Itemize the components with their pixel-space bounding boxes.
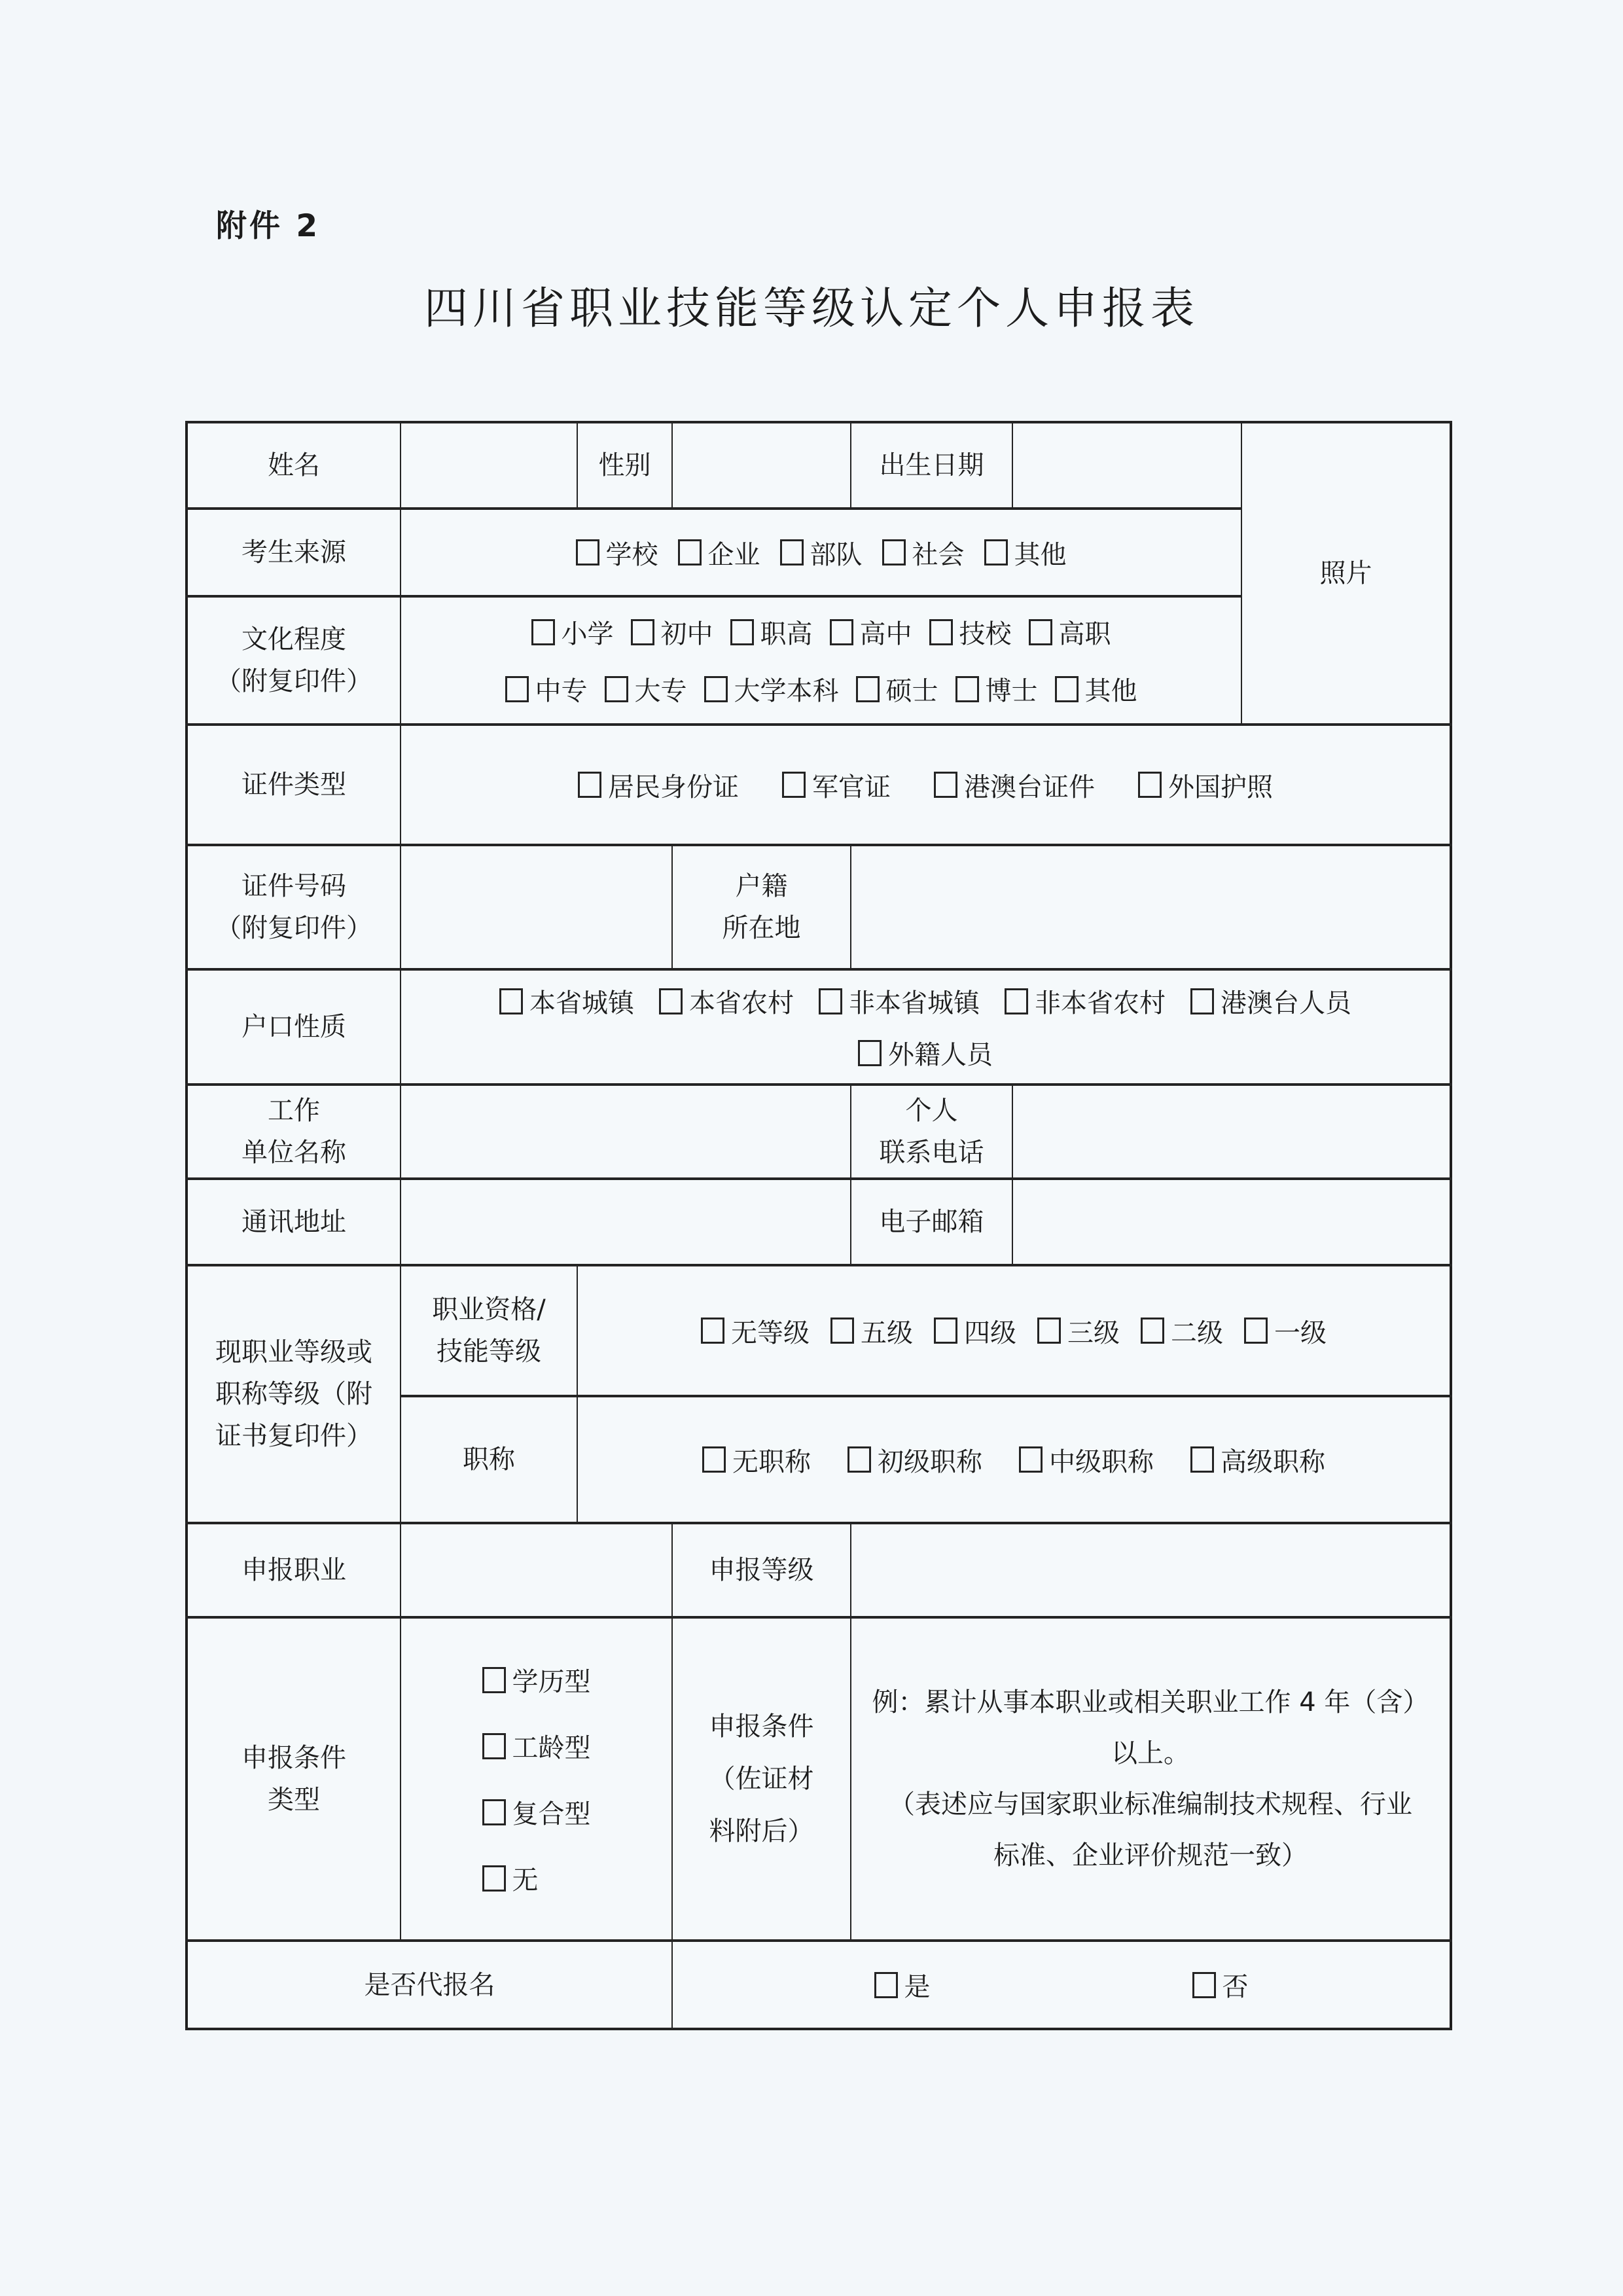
option-label: 非本省农村 (1035, 982, 1166, 1020)
option-label: 初中 (661, 613, 713, 651)
table-row: 证件号码 （附复印件） 户籍 所在地 (187, 845, 1451, 969)
checkbox-option[interactable]: 本省农村 (659, 982, 794, 1020)
checkbox-option[interactable]: 技校 (929, 613, 1012, 651)
proxy-options: 是否 (679, 1966, 1443, 2003)
vocational-level-sublabel: 职业资格/ 技能等级 (401, 1265, 577, 1396)
mailing-address-label: 通讯地址 (187, 1179, 401, 1265)
table-row: 是否代报名 是否 (187, 1941, 1451, 2029)
education-options-line2: 中专大专大学本科硕士博士其他 (505, 670, 1137, 708)
checkbox-icon[interactable] (482, 1667, 506, 1693)
checkbox-option[interactable]: 港澳台证件 (934, 766, 1095, 804)
checkbox-icon[interactable] (856, 676, 880, 702)
photo-cell[interactable]: 照片 (1241, 422, 1451, 725)
checkbox-icon[interactable] (1190, 1446, 1214, 1473)
household-type-options-line1: 本省城镇本省农村非本省城镇非本省农村港澳台人员 (499, 982, 1351, 1020)
checkbox-icon[interactable] (482, 1799, 506, 1825)
option-label: 无等级 (731, 1312, 810, 1350)
table-row: 户口性质 本省城镇本省农村非本省城镇非本省农村港澳台人员 外籍人员 (187, 969, 1451, 1085)
option-label: 大专 (635, 670, 687, 708)
checkbox-option[interactable]: 小学 (531, 613, 614, 651)
table-row: 现职业等级或 职称等级（附 证书复印件） 职业资格/ 技能等级 无等级五级四级三… (187, 1265, 1451, 1396)
applied-occupation-label: 申报职业 (187, 1523, 401, 1617)
checkbox-icon[interactable] (505, 676, 529, 702)
checkbox-icon[interactable] (780, 539, 804, 565)
application-form-table: 姓名 性别 出生日期 照片 考生来源 学校企业部队社会其他 文化程度 （附复印件… (185, 421, 1452, 2030)
condition-type-options: 学历型工龄型复合型无 (482, 1661, 591, 1897)
option-label: 高级职称 (1221, 1441, 1325, 1479)
option-label: 外籍人员 (888, 1034, 993, 1071)
checkbox-option[interactable]: 五级 (830, 1312, 913, 1350)
option-label: 无职称 (732, 1441, 811, 1479)
checkbox-option[interactable]: 非本省城镇 (819, 982, 980, 1020)
option-label: 部队 (810, 534, 863, 571)
name-value-cell[interactable] (401, 422, 577, 509)
option-label: 三级 (1067, 1312, 1120, 1350)
option-label: 硕士 (886, 670, 938, 708)
checkbox-icon[interactable] (984, 539, 1008, 565)
professional-title-options: 无职称初级职称中级职称高级职称 (584, 1441, 1443, 1479)
checkbox-option[interactable]: 港澳台人员 (1190, 982, 1351, 1020)
condition-example-cell[interactable]: 例：累计从事本职业或相关职业工作 4 年（含） 以上。 （表述应与国家职业标准编… (851, 1617, 1451, 1941)
proxy-label: 是否代报名 (187, 1941, 672, 2029)
checkbox-icon[interactable] (847, 1446, 871, 1473)
checkbox-icon[interactable] (830, 619, 853, 645)
applied-occupation-value-cell[interactable] (401, 1523, 672, 1617)
applied-level-label: 申报等级 (672, 1523, 851, 1617)
applied-level-value-cell[interactable] (851, 1523, 1451, 1617)
checkbox-option[interactable]: 大专 (605, 670, 687, 708)
id-number-value-cell[interactable] (401, 845, 672, 969)
option-label: 否 (1222, 1966, 1249, 2003)
checkbox-icon[interactable] (858, 1040, 882, 1066)
option-label: 职高 (760, 613, 813, 651)
option-label: 学校 (606, 534, 658, 571)
household-location-label: 户籍 所在地 (672, 845, 851, 969)
checkbox-option[interactable]: 博士 (955, 670, 1038, 708)
photo-label: 照片 (1320, 558, 1372, 588)
mailing-address-value-cell[interactable] (401, 1179, 851, 1265)
gender-value-cell[interactable] (672, 422, 851, 509)
professional-title-options-cell: 无职称初级职称中级职称高级职称 (577, 1396, 1451, 1523)
checkbox-icon[interactable] (934, 772, 957, 798)
checkbox-icon[interactable] (631, 619, 654, 645)
checkbox-option[interactable]: 其他 (1055, 670, 1137, 708)
birth-date-label: 出生日期 (851, 422, 1012, 509)
checkbox-option[interactable]: 无等级 (701, 1312, 810, 1350)
checkbox-option[interactable]: 居民身份证 (578, 766, 739, 804)
checkbox-icon[interactable] (678, 539, 702, 565)
checkbox-icon[interactable] (1141, 1318, 1164, 1344)
checkbox-option[interactable]: 其他 (984, 534, 1067, 571)
household-location-value-cell[interactable] (851, 845, 1451, 969)
checkbox-icon[interactable] (782, 772, 806, 798)
personal-phone-value-cell[interactable] (1012, 1085, 1451, 1179)
checkbox-icon[interactable] (578, 772, 601, 798)
birth-date-value-cell[interactable] (1012, 422, 1241, 509)
option-label: 企业 (708, 534, 760, 571)
checkbox-option[interactable]: 高职 (1029, 613, 1111, 651)
option-label: 外国护照 (1168, 766, 1273, 804)
checkbox-icon[interactable] (531, 619, 555, 645)
checkbox-icon[interactable] (701, 1318, 724, 1344)
checkbox-icon[interactable] (1037, 1318, 1061, 1344)
checkbox-option[interactable]: 社会 (882, 534, 965, 571)
option-label: 小学 (562, 613, 614, 651)
id-number-label: 证件号码 （附复印件） (187, 845, 401, 969)
source-label: 考生来源 (187, 509, 401, 596)
option-label: 四级 (964, 1312, 1016, 1350)
option-label: 高职 (1059, 613, 1111, 651)
option-label: 其他 (1085, 670, 1137, 708)
option-label: 中专 (535, 670, 588, 708)
checkbox-icon[interactable] (499, 988, 523, 1014)
checkbox-option[interactable]: 企业 (678, 534, 760, 571)
id-type-options: 居民身份证军官证港澳台证件外国护照 (408, 766, 1443, 804)
page-title: 四川省职业技能等级认定个人申报表 (0, 274, 1623, 336)
checkbox-option[interactable]: 否 (1192, 1966, 1249, 2003)
checkbox-option[interactable]: 部队 (780, 534, 863, 571)
education-options-cell: 小学初中职高高中技校高职 中专大专大学本科硕士博士其他 (401, 596, 1241, 725)
checkbox-option[interactable]: 二级 (1141, 1312, 1223, 1350)
checkbox-icon[interactable] (874, 1972, 898, 1998)
checkbox-option[interactable]: 初中 (631, 613, 713, 651)
checkbox-option[interactable]: 无 (482, 1859, 539, 1897)
checkbox-option[interactable]: 大学本科 (704, 670, 839, 708)
household-type-label: 户口性质 (187, 969, 401, 1085)
option-label: 中级职称 (1049, 1441, 1154, 1479)
checkbox-icon[interactable] (730, 619, 754, 645)
option-label: 二级 (1171, 1312, 1223, 1350)
attachment-label: 附件 2 (216, 202, 320, 245)
option-label: 一级 (1274, 1312, 1327, 1350)
checkbox-icon[interactable] (1005, 988, 1028, 1014)
checkbox-option[interactable]: 中级职称 (1019, 1441, 1154, 1479)
checkbox-option[interactable]: 工龄型 (482, 1727, 591, 1765)
checkbox-icon[interactable] (576, 539, 599, 565)
option-label: 无 (512, 1859, 539, 1897)
checkbox-option[interactable]: 高中 (830, 613, 912, 651)
checkbox-option[interactable]: 中专 (505, 670, 588, 708)
option-label: 港澳台人员 (1221, 982, 1351, 1020)
checkbox-icon[interactable] (1055, 676, 1079, 702)
checkbox-icon[interactable] (1244, 1318, 1268, 1344)
checkbox-icon[interactable] (659, 988, 683, 1014)
name-label: 姓名 (187, 422, 401, 509)
checkbox-icon[interactable] (929, 619, 953, 645)
employer-value-cell[interactable] (401, 1085, 851, 1179)
checkbox-icon[interactable] (819, 988, 842, 1014)
checkbox-icon[interactable] (882, 539, 906, 565)
condition-label: 申报条件 （佐证材 料附后） (709, 1712, 814, 1846)
checkbox-option[interactable]: 初级职称 (847, 1441, 982, 1479)
option-label: 五级 (861, 1312, 913, 1350)
table-row: 申报条件 类型 学历型工龄型复合型无 申报条件 （佐证材 料附后） 例：累计从事… (187, 1617, 1451, 1941)
checkbox-option[interactable]: 外国护照 (1138, 766, 1273, 804)
option-label: 本省城镇 (529, 982, 634, 1020)
checkbox-icon[interactable] (482, 1733, 506, 1759)
checkbox-option[interactable]: 高级职称 (1190, 1441, 1325, 1479)
current-level-label: 现职业等级或 职称等级（附 证书复印件） (187, 1265, 401, 1523)
checkbox-option[interactable]: 本省城镇 (499, 982, 634, 1020)
checkbox-icon[interactable] (1019, 1446, 1043, 1473)
personal-phone-label: 个人 联系电话 (851, 1085, 1012, 1179)
scanned-form-page: 附件 2 四川省职业技能等级认定个人申报表 姓名 性别 出生日期 照片 考生来源… (0, 0, 1623, 2296)
checkbox-icon[interactable] (1190, 988, 1214, 1014)
checkbox-option[interactable]: 是 (874, 1966, 931, 2003)
source-options: 学校企业部队社会其他 (408, 534, 1234, 571)
checkbox-option[interactable]: 非本省农村 (1005, 982, 1166, 1020)
table-row: 工作 单位名称 个人 联系电话 (187, 1085, 1451, 1179)
household-type-options-line2: 外籍人员 (858, 1034, 993, 1071)
table-row: 通讯地址 电子邮箱 (187, 1179, 1451, 1265)
table-row: 姓名 性别 出生日期 照片 (187, 422, 1451, 509)
checkbox-icon[interactable] (1192, 1972, 1216, 1998)
id-type-options-cell: 居民身份证军官证港澳台证件外国护照 (401, 725, 1451, 845)
checkbox-option[interactable]: 三级 (1037, 1312, 1120, 1350)
checkbox-option[interactable]: 职高 (730, 613, 813, 651)
checkbox-icon[interactable] (482, 1865, 506, 1892)
proxy-options-cell: 是否 (672, 1941, 1451, 2029)
option-label: 社会 (912, 534, 965, 571)
option-label: 学历型 (512, 1661, 591, 1698)
option-label: 居民身份证 (608, 766, 739, 804)
vocational-level-options: 无等级五级四级三级二级一级 (584, 1312, 1443, 1350)
option-label: 大学本科 (734, 670, 839, 708)
checkbox-icon[interactable] (702, 1446, 726, 1473)
checkbox-icon[interactable] (704, 676, 728, 702)
vocational-level-options-cell: 无等级五级四级三级二级一级 (577, 1265, 1451, 1396)
checkbox-icon[interactable] (605, 676, 628, 702)
checkbox-icon[interactable] (934, 1318, 957, 1344)
email-label: 电子邮箱 (851, 1179, 1012, 1265)
education-label: 文化程度 （附复印件） (187, 596, 401, 725)
employer-label: 工作 单位名称 (187, 1085, 401, 1179)
checkbox-option[interactable]: 四级 (934, 1312, 1016, 1350)
email-value-cell[interactable] (1012, 1179, 1451, 1265)
option-label: 博士 (986, 670, 1038, 708)
table-row: 证件类型 居民身份证军官证港澳台证件外国护照 (187, 725, 1451, 845)
option-label: 是 (904, 1966, 931, 2003)
option-label: 高中 (860, 613, 912, 651)
checkbox-icon[interactable] (830, 1318, 854, 1344)
education-options-line1: 小学初中职高高中技校高职 (531, 613, 1111, 651)
option-label: 工龄型 (512, 1727, 591, 1765)
checkbox-option[interactable]: 一级 (1244, 1312, 1327, 1350)
checkbox-icon[interactable] (1029, 619, 1052, 645)
option-label: 军官证 (812, 766, 891, 804)
checkbox-option[interactable]: 硕士 (856, 670, 938, 708)
option-label: 技校 (959, 613, 1012, 651)
option-label: 复合型 (512, 1793, 591, 1831)
condition-type-label: 申报条件 类型 (187, 1617, 401, 1941)
checkbox-option[interactable]: 外籍人员 (858, 1034, 993, 1071)
checkbox-option[interactable]: 无职称 (702, 1441, 811, 1479)
option-label: 其他 (1014, 534, 1067, 571)
option-label: 非本省城镇 (849, 982, 980, 1020)
household-type-options-cell: 本省城镇本省农村非本省城镇非本省农村港澳台人员 外籍人员 (401, 969, 1451, 1085)
checkbox-icon[interactable] (1138, 772, 1162, 798)
condition-type-options-cell: 学历型工龄型复合型无 (401, 1617, 672, 1941)
checkbox-option[interactable]: 学历型 (482, 1661, 591, 1698)
source-options-cell: 学校企业部队社会其他 (401, 509, 1241, 596)
condition-example-text: 例：累计从事本职业或相关职业工作 4 年（含） 以上。 （表述应与国家职业标准编… (858, 1677, 1443, 1881)
gender-label: 性别 (577, 422, 672, 509)
option-label: 初级职称 (878, 1441, 982, 1479)
table-row: 申报职业 申报等级 (187, 1523, 1451, 1617)
checkbox-icon[interactable] (955, 676, 979, 702)
option-label: 港澳台证件 (964, 766, 1095, 804)
checkbox-option[interactable]: 学校 (576, 534, 658, 571)
condition-label-cell: 申报条件 （佐证材 料附后） (672, 1617, 851, 1941)
option-label: 本省农村 (689, 982, 794, 1020)
checkbox-option[interactable]: 复合型 (482, 1793, 591, 1831)
id-type-label: 证件类型 (187, 725, 401, 845)
professional-title-sublabel: 职称 (401, 1396, 577, 1523)
checkbox-option[interactable]: 军官证 (782, 766, 891, 804)
